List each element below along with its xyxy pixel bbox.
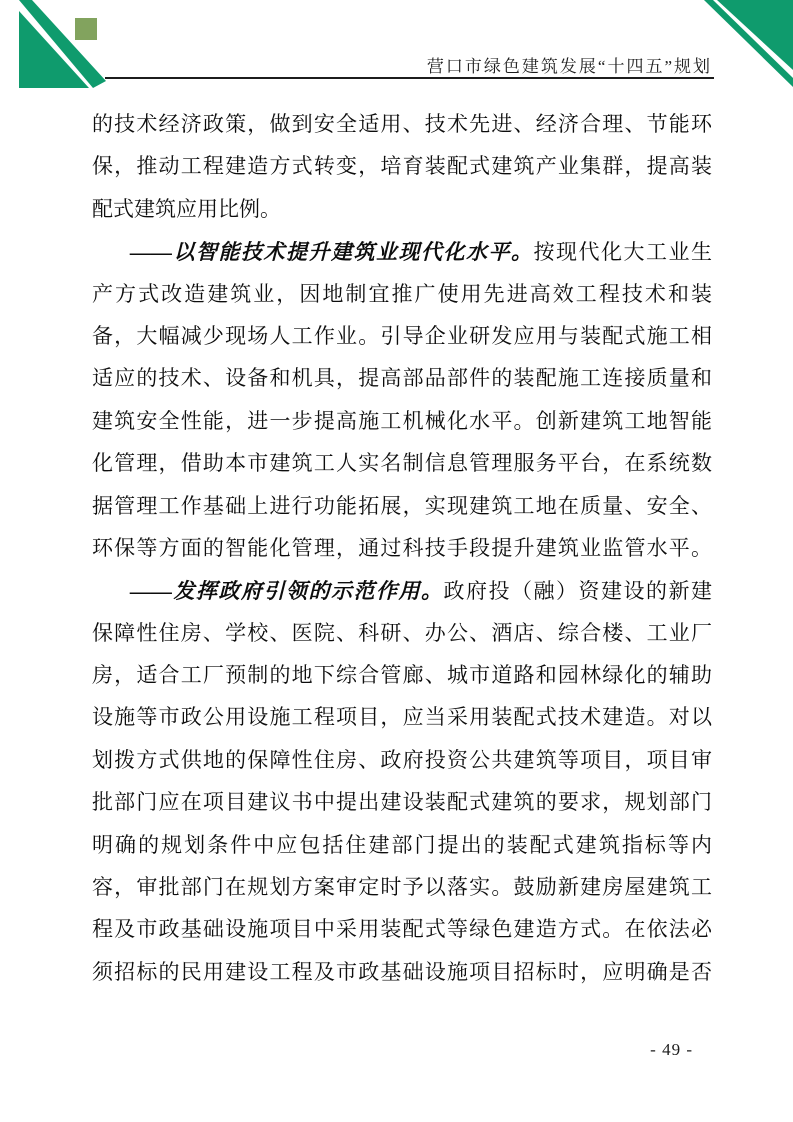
body-text-segment: 据管理工作基础上进行功能拓展，实现建筑工地在质量、安全、 bbox=[92, 495, 712, 518]
body-text-segment: 保，推动工程建造方式转变，培育装配式建筑产业集群，提高装 bbox=[92, 155, 712, 178]
page-number: - 49 - bbox=[650, 1040, 693, 1060]
body-text-line: 产方式改造建筑业，因地制宜推广使用先进高效工程技术和装 bbox=[92, 274, 712, 316]
body-text-segment: 配式建筑应用比例。 bbox=[92, 198, 281, 221]
body-text-line: 备，大幅减少现场人工作业。引导企业研发应用与装配式施工相 bbox=[92, 316, 712, 358]
paragraph-lead-emphasis: ——以智能技术提升建筑业现代化水平。 bbox=[130, 240, 534, 264]
body-text-segment: 产方式改造建筑业，因地制宜推广使用先进高效工程技术和装 bbox=[92, 283, 712, 306]
body-text-segment: 化管理，借助本市建筑工人实名制信息管理服务平台，在系统数 bbox=[92, 452, 712, 475]
body-text-line: 容，审批部门在规划方案审定时予以落实。鼓励新建房屋建筑工 bbox=[92, 867, 712, 909]
body-text-line: 明确的规划条件中应包括住建部门提出的装配式建筑指标等内 bbox=[92, 825, 712, 867]
body-text-line: ——发挥政府引领的示范作用。政府投（融）资建设的新建 bbox=[92, 570, 712, 612]
body-text-segment: 的技术经济政策，做到安全适用、技术先进、经济合理、节能环 bbox=[92, 113, 712, 136]
deco-right-triangle bbox=[717, 0, 793, 70]
body-text-line: 据管理工作基础上进行功能拓展，实现建筑工地在质量、安全、 bbox=[92, 486, 712, 528]
body-text-line: 批部门应在项目建议书中提出建设装配式建筑的要求，规划部门 bbox=[92, 782, 712, 824]
body-text-line: 环保等方面的智能化管理，通过科技手段提升建筑业监管水平。 bbox=[92, 528, 712, 570]
olive-square-decoration bbox=[75, 18, 97, 40]
body-text-segment: 房，适合工厂预制的地下综合管廊、城市道路和园林绿化的辅助 bbox=[92, 664, 712, 687]
body-text-segment: 按现代化大工业生 bbox=[534, 241, 713, 264]
body-text-line: 房，适合工厂预制的地下综合管廊、城市道路和园林绿化的辅助 bbox=[92, 655, 712, 697]
corner-decoration-left bbox=[0, 0, 110, 92]
header-rule bbox=[105, 77, 714, 79]
header-document-title: 营口市绿色建筑发展“十四五”规划 bbox=[427, 52, 712, 77]
paragraph-lead-emphasis: ——发挥政府引领的示范作用。 bbox=[130, 579, 444, 603]
body-text-segment: 批部门应在项目建议书中提出建设装配式建筑的要求，规划部门 bbox=[92, 791, 712, 814]
body-text-segment: 保障性住房、学校、医院、科研、办公、酒店、综合楼、工业厂 bbox=[92, 622, 712, 645]
body-text-segment: 明确的规划条件中应包括住建部门提出的装配式建筑指标等内 bbox=[92, 834, 712, 857]
body-text-segment: 备，大幅减少现场人工作业。引导企业研发应用与装配式施工相 bbox=[92, 325, 712, 348]
body-text-line: 配式建筑应用比例。 bbox=[92, 189, 712, 231]
body-text-segment: 环保等方面的智能化管理，通过科技手段提升建筑业监管水平。 bbox=[92, 537, 712, 560]
body-text-segment: 程及市政基础设施项目中采用装配式等绿色建造方式。在依法必 bbox=[92, 918, 712, 941]
body-text-segment: 须招标的民用建设工程及市政基础设施项目招标时，应明确是否 bbox=[92, 961, 712, 984]
body-text-segment: 适应的技术、设备和机具，提高部品部件的装配施工连接质量和 bbox=[92, 367, 712, 390]
body-text-line: 划拨方式供地的保障性住房、政府投资公共建筑等项目，项目审 bbox=[92, 740, 712, 782]
body-text-segment: 容，审批部门在规划方案审定时予以落实。鼓励新建房屋建筑工 bbox=[92, 876, 712, 899]
document-page: 营口市绿色建筑发展“十四五”规划 的技术经济政策，做到安全适用、技术先进、经济合… bbox=[0, 0, 793, 1122]
body-text-line: 程及市政基础设施项目中采用装配式等绿色建造方式。在依法必 bbox=[92, 909, 712, 951]
body-text-line: 适应的技术、设备和机具，提高部品部件的装配施工连接质量和 bbox=[92, 358, 712, 400]
body-text-line: ——以智能技术提升建筑业现代化水平。按现代化大工业生 bbox=[92, 231, 712, 273]
body-text-line: 建筑安全性能，进一步提高施工机械化水平。创新建筑工地智能 bbox=[92, 401, 712, 443]
body-text: 的技术经济政策，做到安全适用、技术先进、经济合理、节能环保，推动工程建造方式转变… bbox=[92, 104, 712, 994]
body-text-line: 化管理，借助本市建筑工人实名制信息管理服务平台，在系统数 bbox=[92, 443, 712, 485]
body-text-line: 的技术经济政策，做到安全适用、技术先进、经济合理、节能环 bbox=[92, 104, 712, 146]
body-text-segment: 政府投（融）资建设的新建 bbox=[444, 580, 713, 603]
body-text-segment: 设施等市政公用设施工程项目，应当采用装配式技术建造。对以 bbox=[92, 706, 712, 729]
body-text-segment: 建筑安全性能，进一步提高施工机械化水平。创新建筑工地智能 bbox=[92, 410, 712, 433]
body-text-line: 保障性住房、学校、医院、科研、办公、酒店、综合楼、工业厂 bbox=[92, 613, 712, 655]
body-text-line: 须招标的民用建设工程及市政基础设施项目招标时，应明确是否 bbox=[92, 952, 712, 994]
body-text-line: 设施等市政公用设施工程项目，应当采用装配式技术建造。对以 bbox=[92, 697, 712, 739]
body-text-segment: 划拨方式供地的保障性住房、政府投资公共建筑等项目，项目审 bbox=[92, 749, 712, 772]
body-text-line: 保，推动工程建造方式转变，培育装配式建筑产业集群，提高装 bbox=[92, 146, 712, 188]
